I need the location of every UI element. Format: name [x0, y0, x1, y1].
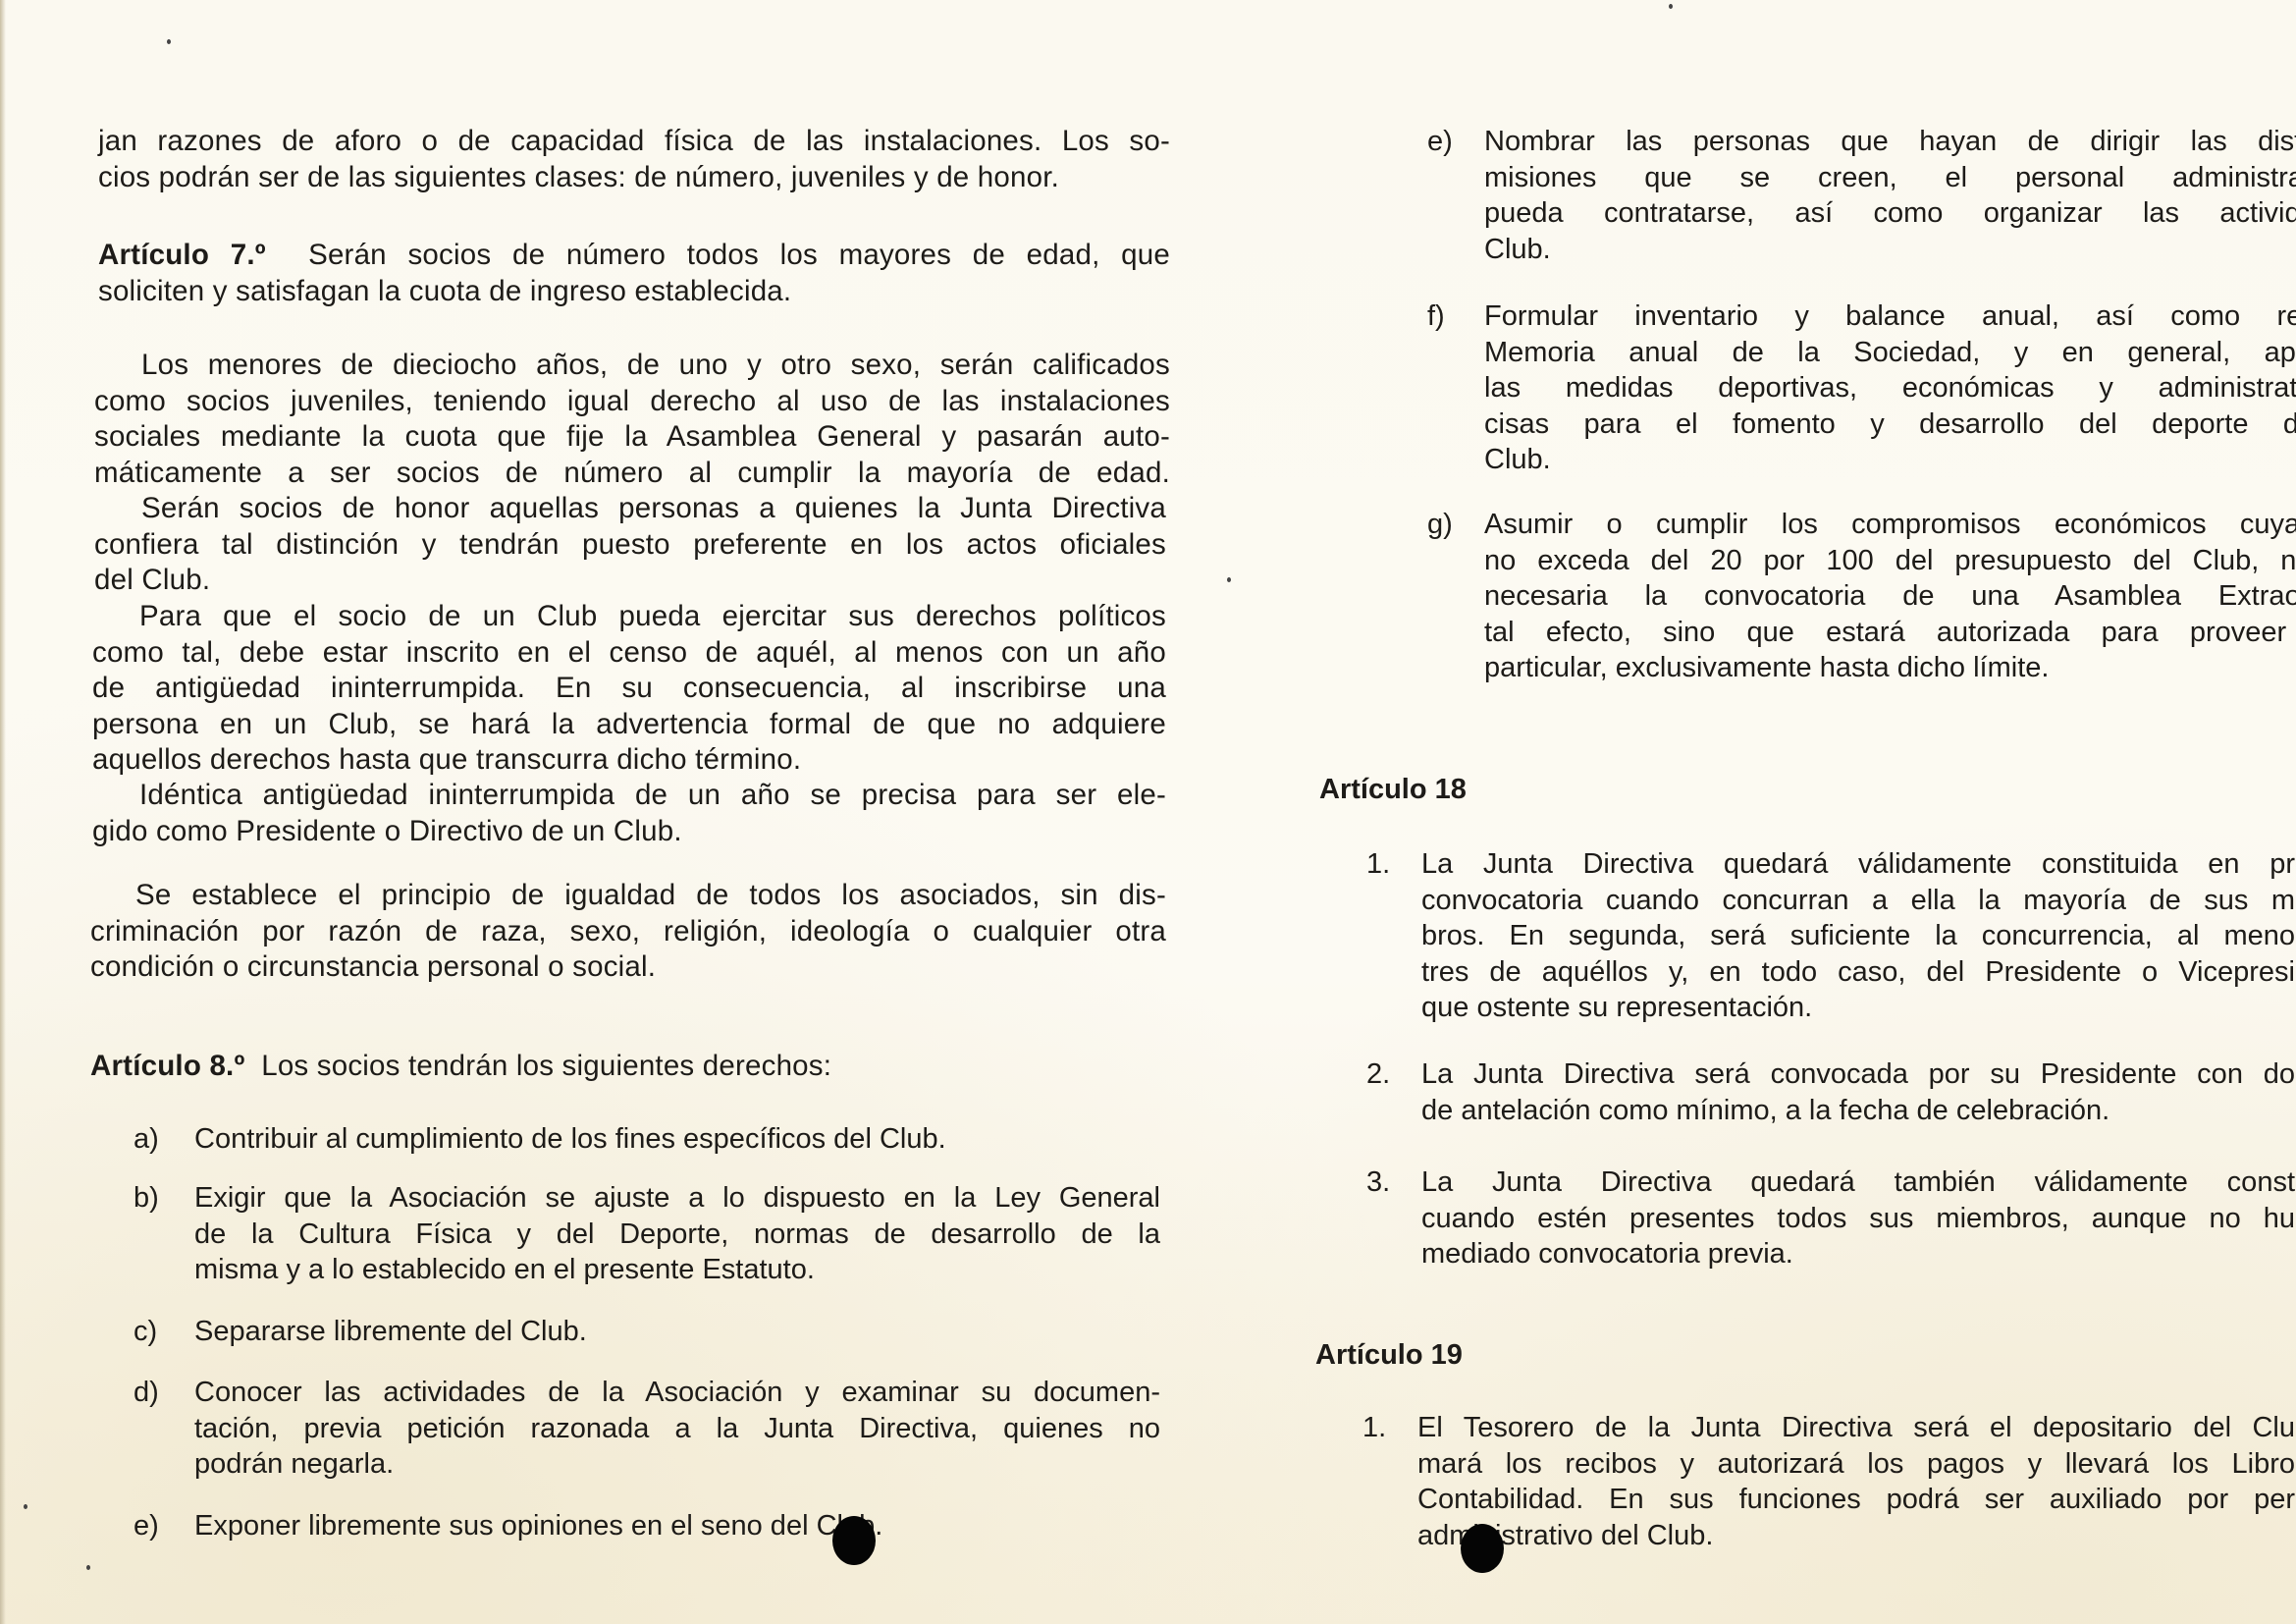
- articulo-7-title: Artículo 7.º: [98, 239, 266, 271]
- text-line: Contribuir al cumplimiento de los fines …: [194, 1121, 1164, 1158]
- text-line: sociales mediante la cuota que fije la A…: [94, 419, 1170, 456]
- text-line: tres de aquéllos y, en todo caso, del Pr…: [1421, 954, 2295, 991]
- text-line: necesaria la convocatoria de una Asamble…: [1484, 578, 2296, 615]
- list-marker: g): [1427, 507, 1453, 543]
- text-line: Idéntica antigüedad ininterrumpida de un…: [92, 778, 1166, 814]
- text-line: de antigüedad ininterrumpida. En su cons…: [92, 671, 1166, 707]
- text-line: Los socios tendrán los siguientes derech…: [261, 1050, 831, 1082]
- list-marker: d): [133, 1375, 159, 1411]
- text-line: del Club.: [94, 563, 1166, 599]
- text-line: Conocer las actividades de la Asociación…: [194, 1375, 1160, 1411]
- text-line: Exigir que la Asociación se ajuste a lo …: [194, 1180, 1160, 1217]
- text-line: como tal, debe estar inscrito en el cens…: [92, 635, 1166, 672]
- text-line: cisas para el fomento y desarrollo del d…: [1484, 406, 2296, 443]
- text-line: de antelación como mínimo, a la fecha de…: [1421, 1093, 2295, 1129]
- text-line: Serán socios de honor aquellas personas …: [94, 491, 1166, 527]
- text-line: El Tesorero de la Junta Directiva será e…: [1417, 1410, 2295, 1446]
- list-marker: 1.: [1362, 1410, 1386, 1446]
- text-line: Club.: [1484, 442, 2296, 478]
- text-line: confiera tal distinción y tendrán puesto…: [94, 527, 1166, 564]
- text-line: las medidas deportivas, económicas y adm…: [1484, 370, 2296, 406]
- text-line: como socios juveniles, teniendo igual de…: [94, 384, 1170, 420]
- scan-speck: [1669, 4, 1673, 9]
- text-line: que ostente su representación.: [1421, 990, 2295, 1026]
- articulo-7-honor-paragraph: Serán socios de honor aquellas personas …: [94, 491, 1166, 599]
- text-line: La Junta Directiva será convocada por su…: [1421, 1056, 2295, 1093]
- articulo-19-title: Artículo 19: [1315, 1339, 1463, 1372]
- articulo-7-derechos-politicos-paragraph: Para que el socio de un Club pueda ejerc…: [92, 599, 1166, 779]
- text-line: Club.: [1484, 232, 2296, 268]
- text-line: tación, previa petición razonada a la Ju…: [194, 1411, 1160, 1447]
- text-line: tal efecto, sino que estará autorizada p…: [1484, 615, 2296, 651]
- articulo-8-title: Artículo 8.º: [90, 1050, 244, 1082]
- text-line: cios podrán ser de las siguientes clases…: [98, 160, 1170, 196]
- text-line: criminación por razón de raza, sexo, rel…: [90, 914, 1166, 950]
- text-line: Memoria anual de la Sociedad, y en gener…: [1484, 335, 2296, 371]
- left-page: jan razones de aforo o de capacidad físi…: [0, 0, 1227, 1624]
- text-line: mediado convocatoria previa.: [1421, 1236, 2295, 1272]
- scan-speck: [1227, 577, 1231, 582]
- text-line: Nombrar las personas que hayan de dirigi…: [1484, 124, 2296, 160]
- list-marker: 2.: [1366, 1056, 1390, 1093]
- text-line: máticamente a ser socios de número al cu…: [94, 456, 1170, 492]
- text-line: misma y a lo establecido en el presente …: [194, 1252, 1160, 1288]
- text-line: administrativo del Club.: [1417, 1518, 2295, 1554]
- text-line: soliciten y satisfagan la cuota de ingre…: [98, 274, 1170, 310]
- text-line: cuando estén presentes todos sus miembro…: [1421, 1201, 2295, 1237]
- text-line: de la Cultura Física y del Deporte, norm…: [194, 1217, 1160, 1253]
- text-line: La Junta Directiva quedará también válid…: [1421, 1164, 2295, 1201]
- articulo-18-title: Artículo 18: [1319, 774, 1467, 806]
- scan-speck: [86, 1565, 90, 1570]
- text-line: gido como Presidente o Directivo de un C…: [92, 814, 1166, 850]
- right-page: e) Nombrar las personas que hayan de dir…: [1227, 0, 2296, 1624]
- binder-punch-hole: [1461, 1524, 1504, 1573]
- text-line: Se establece el principio de igualdad de…: [90, 878, 1166, 914]
- articulo-7-antiguedad-paragraph: Idéntica antigüedad ininterrumpida de un…: [92, 778, 1166, 849]
- text-line: aquellos derechos hasta que transcurra d…: [92, 742, 1166, 779]
- text-line: misiones que se creen, el personal admin…: [1484, 160, 2296, 196]
- articulo-7-igualdad-paragraph: Se establece el principio de igualdad de…: [90, 878, 1166, 986]
- text-line: Serán socios de número todos los mayores…: [308, 239, 1170, 271]
- list-marker: c): [133, 1314, 157, 1350]
- list-marker: 1.: [1366, 846, 1390, 883]
- text-line: mará los recibos y autorizará los pagos …: [1417, 1446, 2295, 1483]
- list-marker: a): [133, 1121, 159, 1158]
- text-line: pueda contratarse, así como organizar la…: [1484, 195, 2296, 232]
- list-marker: b): [133, 1180, 159, 1217]
- text-line: condición o circunstancia personal o soc…: [90, 949, 1166, 986]
- text-line: podrán negarla.: [194, 1446, 1160, 1483]
- text-line: jan razones de aforo o de capacidad físi…: [98, 124, 1170, 160]
- list-marker: e): [1427, 124, 1453, 160]
- list-marker: f): [1427, 298, 1445, 335]
- text-line: bros. En segunda, será suficiente la con…: [1421, 918, 2295, 954]
- text-line: Para que el socio de un Club pueda ejerc…: [92, 599, 1166, 635]
- text-line: no exceda del 20 por 100 del presupuesto…: [1484, 543, 2296, 579]
- list-marker: e): [133, 1508, 159, 1544]
- text-line: Formular inventario y balance anual, así…: [1484, 298, 2296, 335]
- intro-paragraph: jan razones de aforo o de capacidad físi…: [98, 124, 1170, 195]
- articulo-8-lead: Artículo 8.º Los socios tendrán los sigu…: [90, 1049, 1072, 1085]
- text-line: Los menores de dieciocho años, de uno y …: [94, 348, 1170, 384]
- text-line: Contabilidad. En sus funciones podrá ser…: [1417, 1482, 2295, 1518]
- text-line: Exponer libremente sus opiniones en el s…: [194, 1508, 1160, 1544]
- scan-speck: [24, 1504, 27, 1509]
- text-line: convocatoria cuando concurran a ella la …: [1421, 883, 2295, 919]
- binder-punch-hole: [832, 1516, 876, 1565]
- text-line: Asumir o cumplir los compromisos económi…: [1484, 507, 2296, 543]
- text-line: La Junta Directiva quedará válidamente c…: [1421, 846, 2295, 883]
- articulo-7-menores-paragraph: Los menores de dieciocho años, de uno y …: [94, 348, 1170, 491]
- text-line: persona en un Club, se hará la advertenc…: [92, 707, 1166, 743]
- list-marker: 3.: [1366, 1164, 1390, 1201]
- articulo-7-paragraph: Artículo 7.º Serán socios de número todo…: [98, 238, 1170, 309]
- text-line: particular, exclusivamente hasta dicho l…: [1484, 650, 2296, 686]
- scan-speck: [167, 39, 171, 44]
- text-line: Separarse libremente del Club.: [194, 1314, 1160, 1350]
